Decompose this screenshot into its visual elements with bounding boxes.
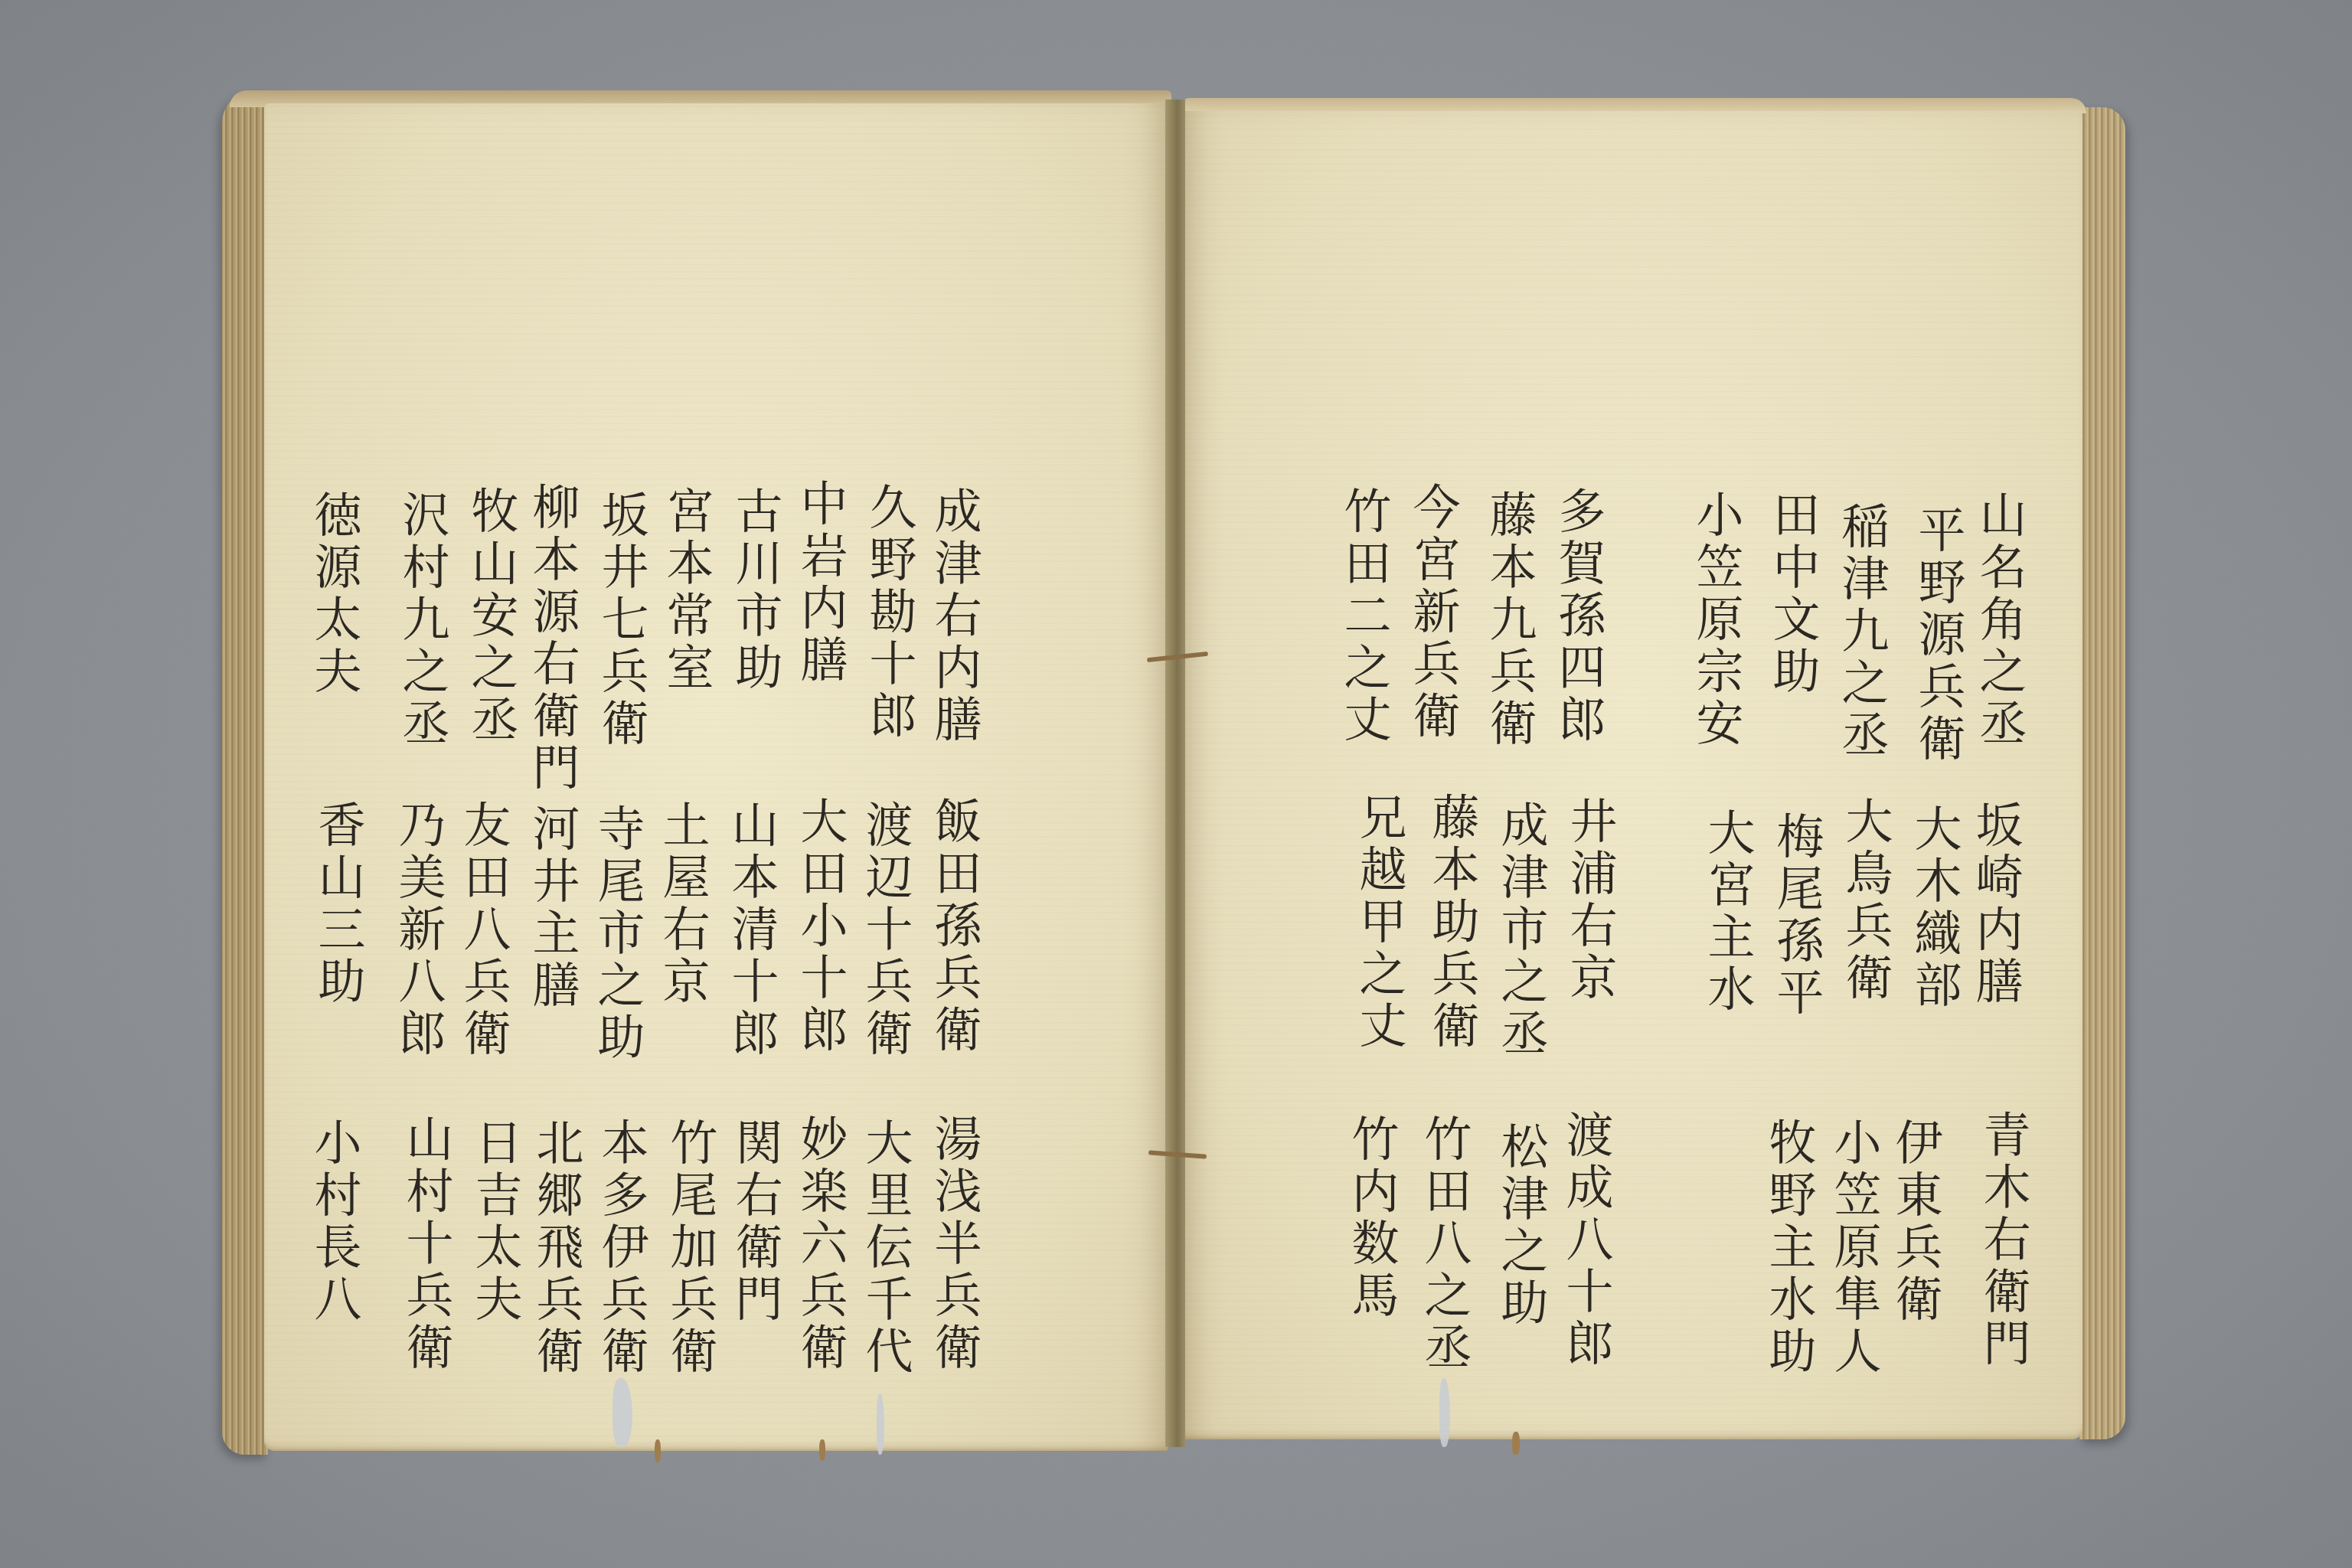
name-entry: 牧山安之丞 bbox=[467, 486, 514, 746]
worm-damage-mark bbox=[1512, 1432, 1520, 1455]
name-entry: 山村十兵衛 bbox=[402, 1114, 449, 1374]
name-entry: 平野源兵衛 bbox=[1914, 505, 1962, 766]
name-entry: 今宮新兵衛 bbox=[1409, 482, 1456, 743]
name-entry: 渡成八十郎 bbox=[1562, 1110, 1609, 1370]
name-entry: 土屋右京 bbox=[658, 800, 706, 1008]
name-entry: 柳本源右衛門 bbox=[528, 482, 576, 795]
name-entry: 乃美新八郎 bbox=[394, 800, 442, 1060]
name-entry: 宮本常室 bbox=[662, 486, 710, 694]
name-entry: 小村長八 bbox=[310, 1118, 358, 1326]
name-entry: 山名角之丞 bbox=[1975, 490, 2023, 750]
name-entry: 河井主膳 bbox=[528, 804, 576, 1012]
name-entry: 久野勘十郎 bbox=[865, 482, 913, 743]
name-entry: 北郷飛兵衛 bbox=[532, 1118, 580, 1378]
name-entry: 古川市助 bbox=[731, 486, 779, 694]
name-entry: 山本清十郎 bbox=[727, 800, 775, 1060]
right-page bbox=[1183, 111, 2082, 1439]
name-entry: 坂井七兵衛 bbox=[597, 490, 645, 750]
name-entry: 竹田二之丈 bbox=[1340, 486, 1387, 746]
name-entry: 竹内数馬 bbox=[1347, 1114, 1395, 1322]
name-entry: 坂崎内膳 bbox=[1971, 800, 2019, 1008]
name-entry: 成津市之丞 bbox=[1497, 800, 1544, 1060]
worm-damage-mark bbox=[819, 1439, 825, 1461]
name-entry: 伊東兵衛 bbox=[1891, 1118, 1939, 1326]
name-entry: 沢村九之丞 bbox=[398, 490, 446, 750]
name-entry: 梅尾孫平 bbox=[1772, 812, 1820, 1020]
name-entry: 渡辺十兵衛 bbox=[861, 800, 909, 1060]
name-entry: 松津之助 bbox=[1497, 1122, 1544, 1330]
name-entry: 寺尾市之助 bbox=[593, 804, 641, 1064]
name-entry: 関右衛門 bbox=[731, 1118, 779, 1326]
name-entry: 友田八兵衛 bbox=[459, 800, 507, 1060]
name-entry: 兄越甲之丈 bbox=[1355, 792, 1403, 1053]
name-entry: 中岩内膳 bbox=[796, 479, 844, 687]
name-entry: 大木織部 bbox=[1910, 804, 1958, 1012]
name-entry: 大里伝千代 bbox=[861, 1118, 909, 1378]
worm-damage-mark bbox=[655, 1439, 661, 1462]
name-entry: 飯田孫兵衛 bbox=[930, 796, 978, 1057]
name-entry: 藤本助兵衛 bbox=[1428, 792, 1475, 1053]
name-entry: 小笠原宗安 bbox=[1692, 490, 1739, 750]
name-entry: 稲津九之丞 bbox=[1837, 501, 1885, 762]
name-entry: 日吉太夫 bbox=[471, 1118, 518, 1326]
name-entry: 多賀孫四郎 bbox=[1554, 486, 1602, 746]
left-page-stack-edge bbox=[222, 92, 268, 1455]
name-entry: 竹田八之丞 bbox=[1420, 1114, 1468, 1374]
name-entry: 井浦右京 bbox=[1566, 796, 1613, 1004]
name-entry: 湯浅半兵衛 bbox=[930, 1114, 978, 1374]
name-entry: 藤本九兵衛 bbox=[1485, 490, 1533, 750]
name-entry: 妙楽六兵衛 bbox=[796, 1114, 844, 1374]
name-entry: 本多伊兵衛 bbox=[597, 1118, 645, 1378]
name-entry: 青木右衛門 bbox=[1979, 1110, 2027, 1370]
book-gutter bbox=[1165, 100, 1185, 1447]
name-entry: 大田小十郎 bbox=[796, 796, 844, 1057]
name-entry: 小笠原隼人 bbox=[1830, 1118, 1877, 1378]
name-entry: 徳源太夫 bbox=[310, 490, 358, 698]
open-manuscript-book: 山名角之丞 平野源兵衛 稲津九之丞 田中文助 小笠原宗安 多賀孫四郎 藤本九兵衛… bbox=[0, 0, 2352, 1568]
name-entry: 香山三助 bbox=[314, 800, 361, 1008]
name-entry: 成津右内膳 bbox=[930, 486, 978, 746]
name-entry: 大宮主水 bbox=[1704, 808, 1751, 1016]
name-entry: 牧野主水助 bbox=[1765, 1118, 1812, 1378]
right-page-stack-edge bbox=[2079, 107, 2125, 1439]
name-entry: 竹尾加兵衛 bbox=[666, 1118, 714, 1378]
name-entry: 大鳥兵衛 bbox=[1841, 796, 1889, 1004]
name-entry: 田中文助 bbox=[1769, 490, 1816, 698]
